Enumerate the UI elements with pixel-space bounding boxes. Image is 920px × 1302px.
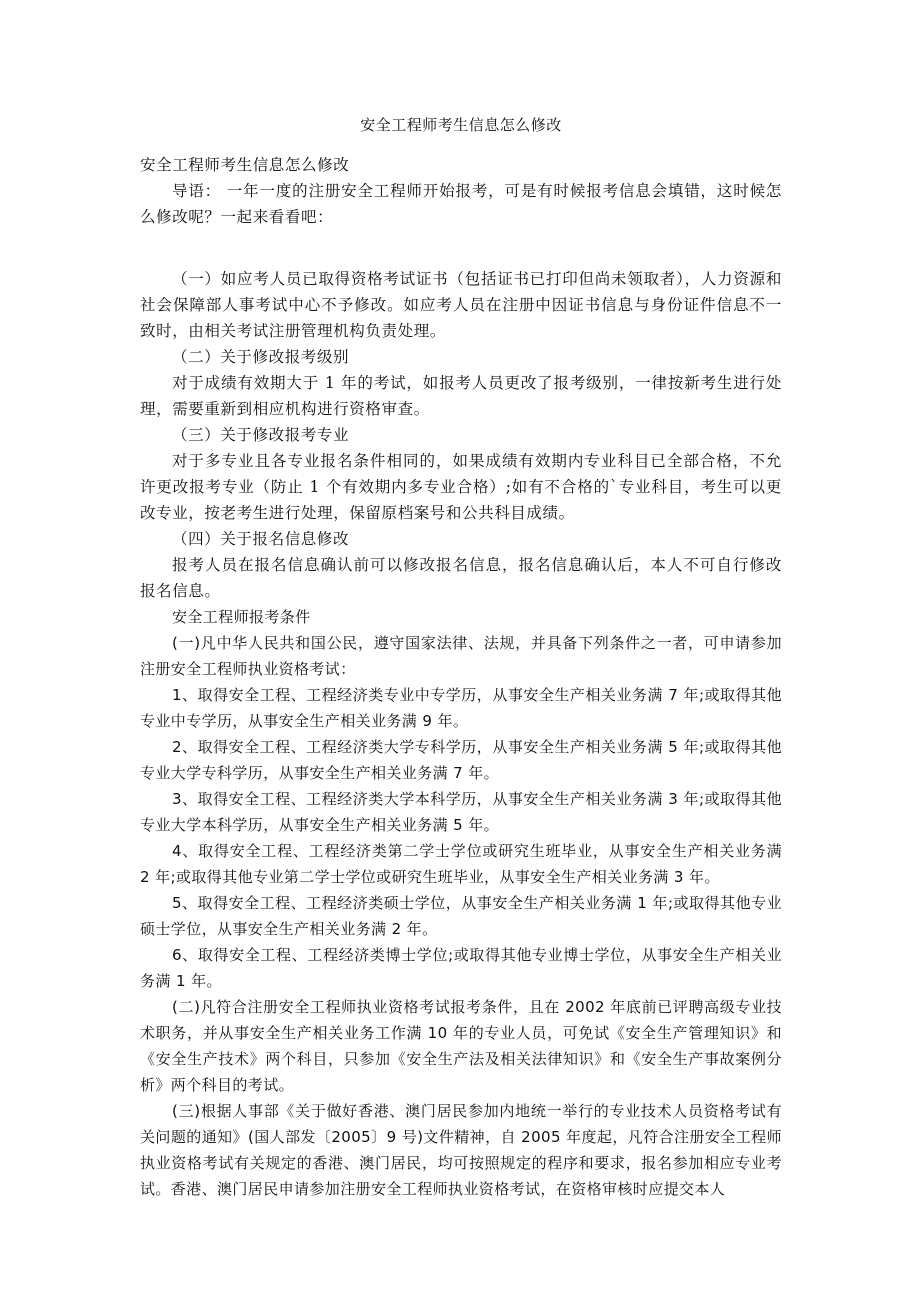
condition-paragraph-3: (三)根据人事部《关于做好香港、澳门居民参加内地统一举行的专业技术人员资格考试有… [140, 1098, 782, 1202]
modify-heading-4: （四）关于报名信息修改 [140, 526, 782, 552]
condition-item-6: 6、取得安全工程、工程经济类博士学位;或取得其他专业博士学位，从事安全生产相关业… [140, 942, 782, 994]
modify-heading-3: （三）关于修改报考专业 [140, 422, 782, 448]
modify-item-3: 对于多专业且各专业报名条件相同的，如果成绩有效期内专业科目已全部合格，不允许更改… [140, 448, 782, 526]
condition-paragraph-2: (二)凡符合注册安全工程师执业资格考试报考条件，且在 2002 年底前已评聘高级… [140, 994, 782, 1098]
modify-item-1: （一）如应考人员已取得资格考试证书（包括证书已打印但尚未领取者），人力资源和社会… [140, 266, 782, 344]
modify-item-4: 报考人员在报名信息确认前可以修改报名信息，报名信息确认后，本人不可自行修改报名信… [140, 552, 782, 604]
condition-item-1: 1、取得安全工程、工程经济类专业中专学历，从事安全生产相关业务满 7 年;或取得… [140, 682, 782, 734]
document-title: 安全工程师考生信息怎么修改 [140, 112, 782, 138]
condition-item-3: 3、取得安全工程、工程经济类大学本科学历，从事安全生产相关业务满 3 年;或取得… [140, 786, 782, 838]
condition-item-5: 5、取得安全工程、工程经济类硕士学位，从事安全生产相关业务满 1 年;或取得其他… [140, 890, 782, 942]
intro-paragraph: 导语： 一年一度的注册安全工程师开始报考，可是有时候报考信息会填错，这时候怎么修… [140, 178, 782, 230]
conditions-heading: 安全工程师报考条件 [140, 604, 782, 630]
article-heading: 安全工程师考生信息怎么修改 [140, 152, 782, 178]
condition-item-4: 4、取得安全工程、工程经济类第二学士学位或研究生班毕业，从事安全生产相关业务满 … [140, 838, 782, 890]
modify-item-2: 对于成绩有效期大于 1 年的考试，如报考人员更改了报考级别，一律按新考生进行处理… [140, 370, 782, 422]
conditions-section: 安全工程师报考条件 (一)凡中华人民共和国公民，遵守国家法律、法规，并具备下列条… [140, 604, 782, 1202]
modify-section: （一）如应考人员已取得资格考试证书（包括证书已打印但尚未领取者），人力资源和社会… [140, 266, 782, 604]
condition-item-2: 2、取得安全工程、工程经济类大学专科学历，从事安全生产相关业务满 5 年;或取得… [140, 734, 782, 786]
condition-paragraph-1: (一)凡中华人民共和国公民，遵守国家法律、法规，并具备下列条件之一者，可申请参加… [140, 630, 782, 682]
modify-heading-2: （二）关于修改报考级别 [140, 344, 782, 370]
blank-line [140, 230, 782, 266]
document-page: 安全工程师考生信息怎么修改 安全工程师考生信息怎么修改 导语： 一年一度的注册安… [140, 112, 782, 1202]
